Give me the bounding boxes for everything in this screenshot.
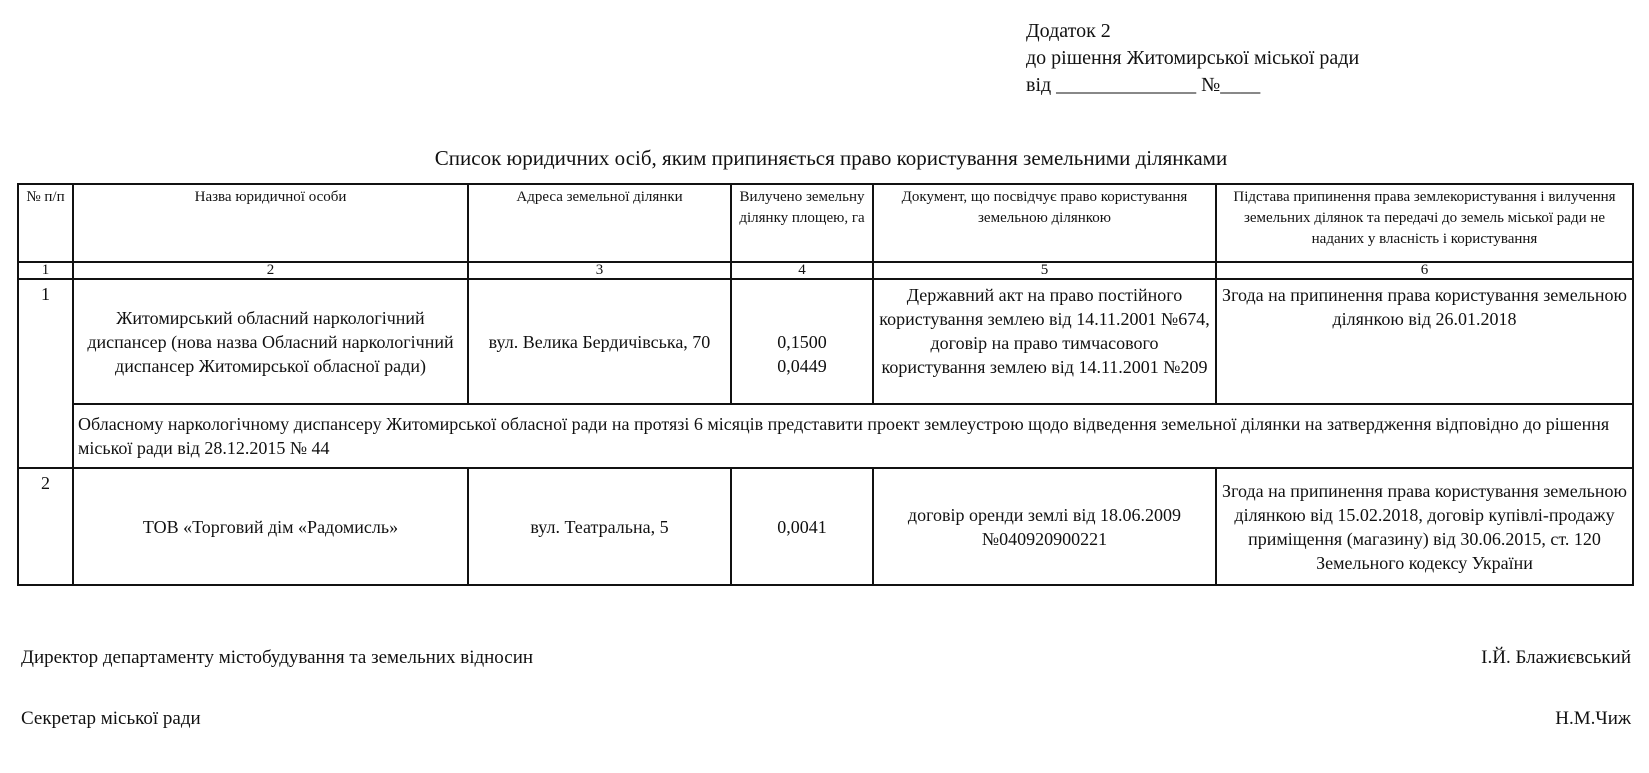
appendix-decision-reference: до рішення Житомирської міської ради	[1026, 45, 1359, 72]
row-note: Обласному наркологічному диспансеру Жито…	[73, 404, 1633, 468]
header-entity-name: Назва юридичної особи	[73, 184, 468, 262]
document-title: Список юридичних осіб, яким припиняється…	[0, 145, 1649, 171]
appendix-date-number-line: від ______________ №____	[1026, 72, 1359, 99]
header-address: Адреса земельної ділянки	[468, 184, 731, 262]
column-number: 1	[18, 262, 73, 279]
column-number: 2	[73, 262, 468, 279]
table-header-row: № п/п Назва юридичної особи Адреса земел…	[18, 184, 1633, 262]
appendix-block: Додаток 2 до рішення Житомирської місько…	[1026, 18, 1359, 99]
entity-name: Житомирський обласний наркологічний дисп…	[73, 279, 468, 404]
signatory-name-secretary: Н.М.Чиж	[1555, 707, 1631, 731]
legal-entities-table: № п/п Назва юридичної особи Адреса земел…	[17, 183, 1634, 586]
ownership-document: договір оренди землі від 18.06.2009 №040…	[873, 468, 1216, 585]
header-number: № п/п	[18, 184, 73, 262]
entity-name: ТОВ «Торговий дім «Радомисль»	[73, 468, 468, 585]
column-number-row: 1 2 3 4 5 6	[18, 262, 1633, 279]
area-value: 0,0041	[731, 468, 873, 585]
header-basis: Підстава припинення права землекористува…	[1216, 184, 1633, 262]
area-value: 0,1500	[736, 330, 868, 354]
row-number: 2	[18, 468, 73, 585]
appendix-label: Додаток 2	[1026, 18, 1359, 45]
termination-basis: Згода на припинення права користування з…	[1216, 279, 1633, 404]
column-number: 4	[731, 262, 873, 279]
area-cell: 0,1500 0,0449	[731, 279, 873, 404]
area-value: 0,0449	[736, 354, 868, 378]
signatory-title-director: Директор департаменту містобудування та …	[21, 646, 533, 670]
column-number: 3	[468, 262, 731, 279]
row-number: 1	[18, 279, 73, 468]
table-row: 2 ТОВ «Торговий дім «Радомисль» вул. Теа…	[18, 468, 1633, 585]
table-note-row: Обласному наркологічному диспансеру Жито…	[18, 404, 1633, 468]
header-area: Вилучено земельну ділянку площею, га	[731, 184, 873, 262]
column-number: 5	[873, 262, 1216, 279]
column-number: 6	[1216, 262, 1633, 279]
signatory-name-director: І.Й. Блажиєвський	[1481, 646, 1631, 670]
land-address: вул. Велика Бердичівська, 70	[468, 279, 731, 404]
table-row: 1 Житомирський обласний наркологічний ди…	[18, 279, 1633, 404]
header-document: Документ, що посвідчує право користуванн…	[873, 184, 1216, 262]
termination-basis: Згода на припинення права користування з…	[1216, 468, 1633, 585]
land-address: вул. Театральна, 5	[468, 468, 731, 585]
ownership-document: Державний акт на право постійного корист…	[873, 279, 1216, 404]
signatory-title-secretary: Секретар міської ради	[21, 707, 201, 731]
